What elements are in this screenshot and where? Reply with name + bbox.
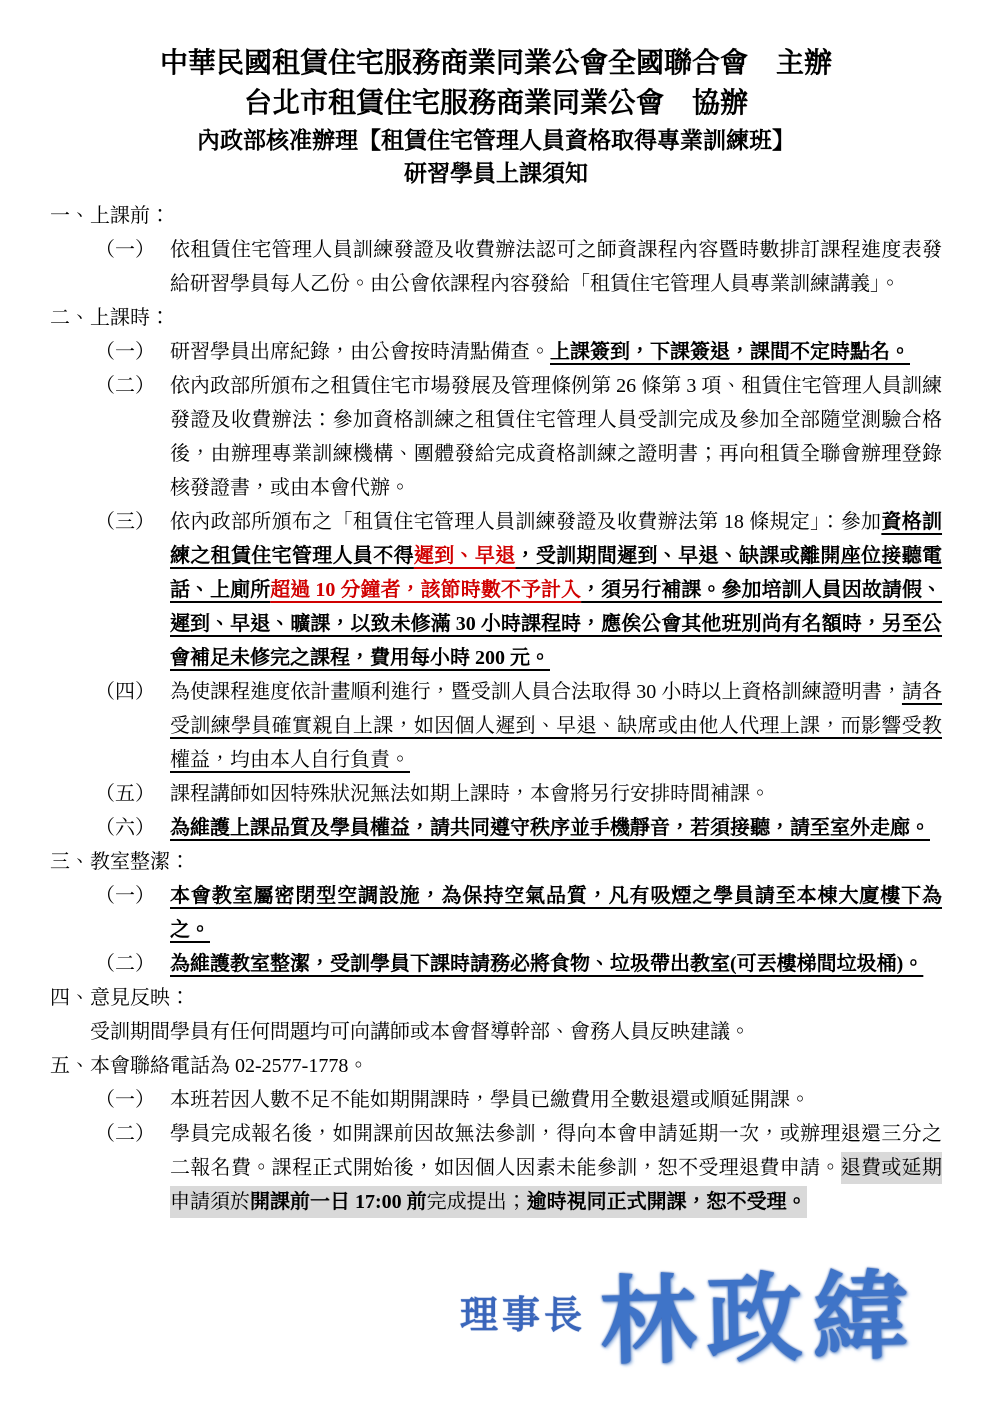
item-label: （二） xyxy=(95,947,170,981)
list-item: （二）學員完成報名後，如開課前因故無法參訓，得向本會申請延期一次，或辦理退還三分… xyxy=(95,1117,942,1219)
text-run: 依內政部所頒布之「租賃住宅管理人員訓練發證及收費辦法第 18 條規定」：參加 xyxy=(170,511,881,533)
signature-name: 林政緯 xyxy=(599,1240,920,1384)
text-run: 二、上課時： xyxy=(50,307,170,329)
text-run: 為維護上課品質及學員權益，請共同遵守秩序並手機靜音，若須接聽，請至室外走廊。 xyxy=(170,817,930,839)
text-run: 四、意見反映： xyxy=(50,987,190,1009)
paragraph-text: 依內政部所頒布之「租賃住宅管理人員訓練發證及收費辦法第 18 條規定」：參加資格… xyxy=(170,505,942,675)
item-label: （一） xyxy=(95,1083,170,1117)
paragraph-text: 研習學員出席紀錄，由公會按時清點備查。上課簽到，下課簽退，課間不定時點名。 xyxy=(170,335,942,369)
item-label: （四） xyxy=(95,675,170,777)
document-header: 中華民國租賃住宅服務商業同業公會全國聯合會 主辦 台北市租賃住宅服務商業同業公會… xyxy=(50,44,942,190)
document-body: 一、上課前：（一）依租賃住宅管理人員訓練發證及收費辦法認可之師資課程內容暨時數排… xyxy=(50,199,942,1219)
text-run: 開課前一日 17:00 前 xyxy=(250,1186,427,1218)
item-label: （二） xyxy=(95,369,170,505)
text-run: 依租賃住宅管理人員訓練發證及收費辦法認可之師資課程內容暨時數排訂課程進度表發給研… xyxy=(170,239,942,295)
paragraph: 二、上課時： xyxy=(50,301,942,335)
title-organizer: 中華民國租賃住宅服務商業同業公會全國聯合會 主辦 xyxy=(50,44,942,84)
list-item: （一）本班若因人數不足不能如期開課時，學員已繳費用全數退還或順延開課。 xyxy=(95,1083,942,1117)
paragraph-text: 本班若因人數不足不能如期開課時，學員已繳費用全數退還或順延開課。 xyxy=(170,1083,942,1117)
text-run: 本會教室屬密閉型空調設施，為保持空氣品質，凡有吸煙之學員請至本棟大廈樓下為之。 xyxy=(170,885,942,941)
paragraph-text: 受訓期間學員有任何問題均可向講師或本會督導幹部、會務人員反映建議。 xyxy=(90,1015,942,1049)
item-label: （一） xyxy=(95,233,170,301)
paragraph-text: 為維護上課品質及學員權益，請共同遵守秩序並手機靜音，若須接聽，請至室外走廊。 xyxy=(170,811,942,845)
paragraph: 四、意見反映： xyxy=(50,981,942,1015)
list-item: （六）為維護上課品質及學員權益，請共同遵守秩序並手機靜音，若須接聽，請至室外走廊… xyxy=(95,811,942,845)
paragraph-text: 依內政部所頒布之租賃住宅市場發展及管理條例第 26 條第 3 項、租賃住宅管理人… xyxy=(170,369,942,505)
paragraph: 一、上課前： xyxy=(50,199,942,233)
paragraph-text: 依租賃住宅管理人員訓練發證及收費辦法認可之師資課程內容暨時數排訂課程進度表發給研… xyxy=(170,233,942,301)
text-run: 上課簽到，下課簽退，課間不定時點名。 xyxy=(550,341,910,363)
text-run: 為維護教室整潔，受訓學員下課時請務必將食物、垃圾帶出教室(可丟樓梯間垃圾桶)。 xyxy=(170,953,923,975)
paragraph-text: 三、教室整潔： xyxy=(50,845,942,879)
signature-stamp: 理事長 林政緯 xyxy=(460,1243,918,1380)
paragraph: 三、教室整潔： xyxy=(50,845,942,879)
list-item: （三）依內政部所頒布之「租賃住宅管理人員訓練發證及收費辦法第 18 條規定」：參… xyxy=(95,505,942,675)
paragraph-text: 一、上課前： xyxy=(50,199,942,233)
list-item: （五）課程講師如因特殊狀況無法如期上課時，本會將另行安排時間補課。 xyxy=(95,777,942,811)
list-item: （四）為使課程進度依計畫順利進行，暨受訓人員合法取得 30 小時以上資格訓練證明… xyxy=(95,675,942,777)
list-item: （一）研習學員出席紀錄，由公會按時清點備查。上課簽到，下課簽退，課間不定時點名。 xyxy=(95,335,942,369)
text-run: 五、本會聯絡電話為 02-2577-1778。 xyxy=(50,1055,368,1077)
title-course-name: 內政部核准辦理【租賃住宅管理人員資格取得專業訓練班】 xyxy=(50,124,942,157)
text-run: 為使課程進度依計畫順利進行，暨受訓人員合法取得 30 小時以上資格訓練證明書， xyxy=(170,681,902,703)
text-run: 逾時視同正式開課，恕不受理。 xyxy=(527,1186,807,1218)
paragraph-text: 二、上課時： xyxy=(50,301,942,335)
item-label: （五） xyxy=(95,777,170,811)
item-label: （一） xyxy=(95,879,170,947)
item-label: （一） xyxy=(95,335,170,369)
item-label: （二） xyxy=(95,1117,170,1219)
text-run: 受訓期間學員有任何問題均可向講師或本會督導幹部、會務人員反映建議。 xyxy=(90,1021,750,1043)
paragraph-text: 五、本會聯絡電話為 02-2577-1778。 xyxy=(50,1049,942,1083)
signature-title: 理事長 xyxy=(460,1284,586,1339)
paragraph-text: 本會教室屬密閉型空調設施，為保持空氣品質，凡有吸煙之學員請至本棟大廈樓下為之。 xyxy=(170,879,942,947)
text-run: 遲到、早退 xyxy=(414,545,516,567)
text-run: 學員完成報名後，如開課前因故無法參訓，得向本會申請延期一次，或辦理退還三分之二報… xyxy=(170,1123,942,1179)
text-run: 本班若因人數不足不能如期開課時，學員已繳費用全數退還或順延開課。 xyxy=(170,1089,810,1111)
paragraph-text: 學員完成報名後，如開課前因故無法參訓，得向本會申請延期一次，或辦理退還三分之二報… xyxy=(170,1117,942,1219)
paragraph-text: 為使課程進度依計畫順利進行，暨受訓人員合法取得 30 小時以上資格訓練證明書，請… xyxy=(170,675,942,777)
text-run: 依內政部所頒布之租賃住宅市場發展及管理條例第 26 條第 3 項、租賃住宅管理人… xyxy=(170,375,942,499)
item-label: （六） xyxy=(95,811,170,845)
paragraph: 五、本會聯絡電話為 02-2577-1778。 xyxy=(50,1049,942,1083)
text-run: 完成提出； xyxy=(427,1186,527,1218)
paragraph-text: 四、意見反映： xyxy=(50,981,942,1015)
text-run: 研習學員出席紀錄，由公會按時清點備查。 xyxy=(170,341,550,363)
text-run: 超過 10 分鐘者，該節時數不予計入 xyxy=(270,579,581,601)
title-notice-name: 研習學員上課須知 xyxy=(50,157,942,190)
list-item: （二）為維護教室整潔，受訓學員下課時請務必將食物、垃圾帶出教室(可丟樓梯間垃圾桶… xyxy=(95,947,942,981)
text-run: 三、教室整潔： xyxy=(50,851,190,873)
text-run: 課程講師如因特殊狀況無法如期上課時，本會將另行安排時間補課。 xyxy=(170,783,770,805)
list-item: （二）依內政部所頒布之租賃住宅市場發展及管理條例第 26 條第 3 項、租賃住宅… xyxy=(95,369,942,505)
list-item: （一）依租賃住宅管理人員訓練發證及收費辦法認可之師資課程內容暨時數排訂課程進度表… xyxy=(95,233,942,301)
paragraph: 受訓期間學員有任何問題均可向講師或本會督導幹部、會務人員反映建議。 xyxy=(90,1015,942,1049)
list-item: （一）本會教室屬密閉型空調設施，為保持空氣品質，凡有吸煙之學員請至本棟大廈樓下為… xyxy=(95,879,942,947)
item-label: （三） xyxy=(95,505,170,675)
paragraph-text: 為維護教室整潔，受訓學員下課時請務必將食物、垃圾帶出教室(可丟樓梯間垃圾桶)。 xyxy=(170,947,942,981)
document-page: 中華民國租賃住宅服務商業同業公會全國聯合會 主辦 台北市租賃住宅服務商業同業公會… xyxy=(0,0,1000,1414)
title-co-organizer: 台北市租賃住宅服務商業同業公會 協辦 xyxy=(50,84,942,124)
text-run: 一、上課前： xyxy=(50,205,170,227)
paragraph-text: 課程講師如因特殊狀況無法如期上課時，本會將另行安排時間補課。 xyxy=(170,777,942,811)
